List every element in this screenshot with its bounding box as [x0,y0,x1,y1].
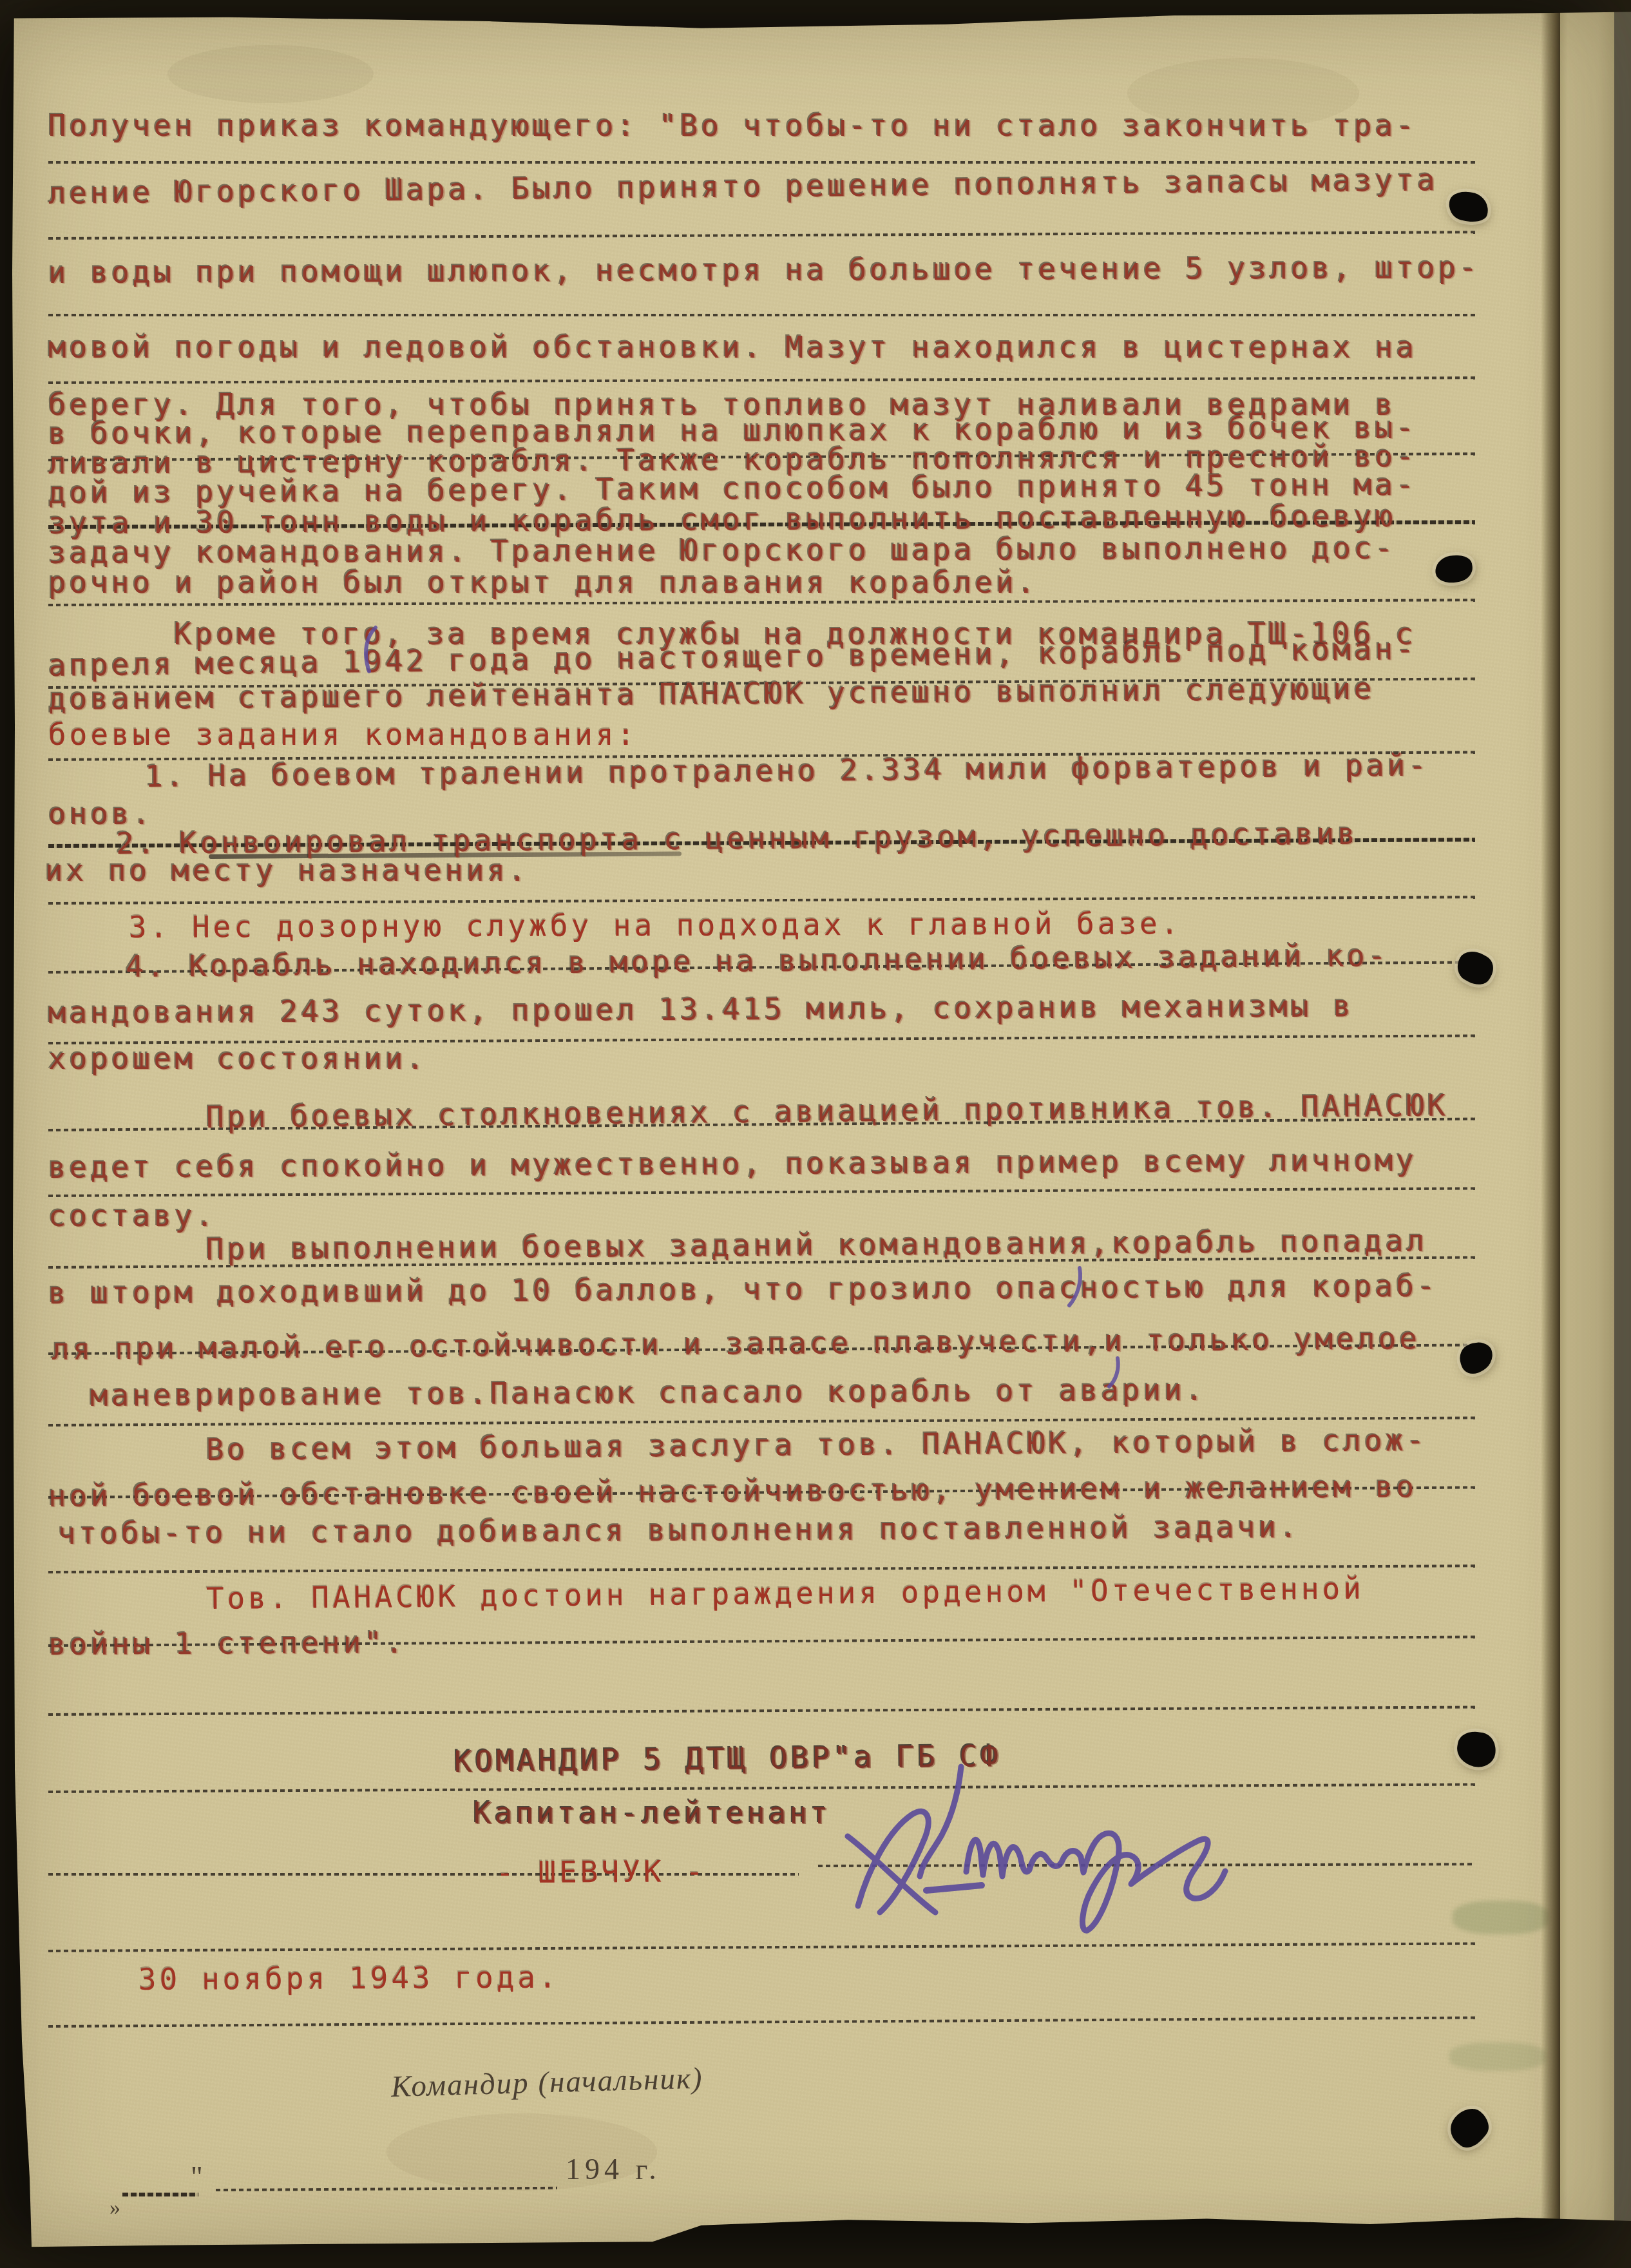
date-line: 30 ноября 1943 года. [138,1963,560,1994]
typed-line: чтобы-то ни стало добивался выполнения п… [58,1512,1301,1548]
typed-line: маневрирование тов.Панасюк спасало кораб… [90,1375,1207,1410]
typed-line: Во всем этом большая заслуга тов. ПАНАСЮ… [206,1425,1428,1465]
form-rule [48,314,1475,316]
printed-open-quote: " [191,2160,203,2194]
page-fold-shadow [1541,0,1560,2268]
rank-line: Капитан-лейтенант [473,1798,832,1828]
typed-line: 3. Нес дозорную службу на подходах к гла… [129,908,1182,942]
typed-line: задачу командования. Траление Югорского … [48,533,1397,568]
typed-line: ведет себя спокойно и мужественно, показ… [48,1146,1417,1182]
adjacent-page-edge [1560,0,1614,2268]
typed-line: рочно и район был открыт для плавания ко… [48,568,1038,597]
typed-line: их по месту назначения. [45,856,529,885]
typed-line: ной боевой обстановке своей настойчивост… [48,1472,1417,1511]
printed-year-suffix: 194 г. [566,2152,661,2186]
typed-line: хорошем состоянии. [48,1044,428,1073]
form-rule [122,2193,198,2196]
typed-line: и воды при помощи шлюпок, несмотря на бо… [48,253,1480,287]
scanner-backdrop [1614,0,1631,2268]
typed-line: боевые задания командования: [48,720,638,749]
typed-line: войны 1 степени". [48,1628,406,1659]
typed-line: Получен приказ командующего: "Во чтобы-т… [48,111,1417,140]
commander-title-line: КОМАНДИР 5 ДТЩ ОВР"а ГБ СФ [454,1741,1002,1776]
typed-line: составу. [48,1201,217,1231]
typed-line: в шторм доходивший до 10 баллов, что гро… [48,1271,1438,1308]
name-line: - ШЕВЧУК - [496,1856,707,1887]
typed-line: мандования 243 суток, прошел 13.415 миль… [48,991,1354,1028]
form-rule [48,161,1475,164]
typed-line: онов. [48,799,153,829]
typed-line: мовой погоды и ледовой обстановки. Мазут… [48,332,1417,362]
printed-left-mark: » [110,2196,120,2220]
document-scan: Получен приказ командующего: "Во чтобы-т… [0,0,1631,2268]
typed-line: При выполнении боевых заданий командован… [206,1226,1428,1264]
typed-line: 2. Конвоировал транспорта с ценным грузо… [116,819,1359,858]
